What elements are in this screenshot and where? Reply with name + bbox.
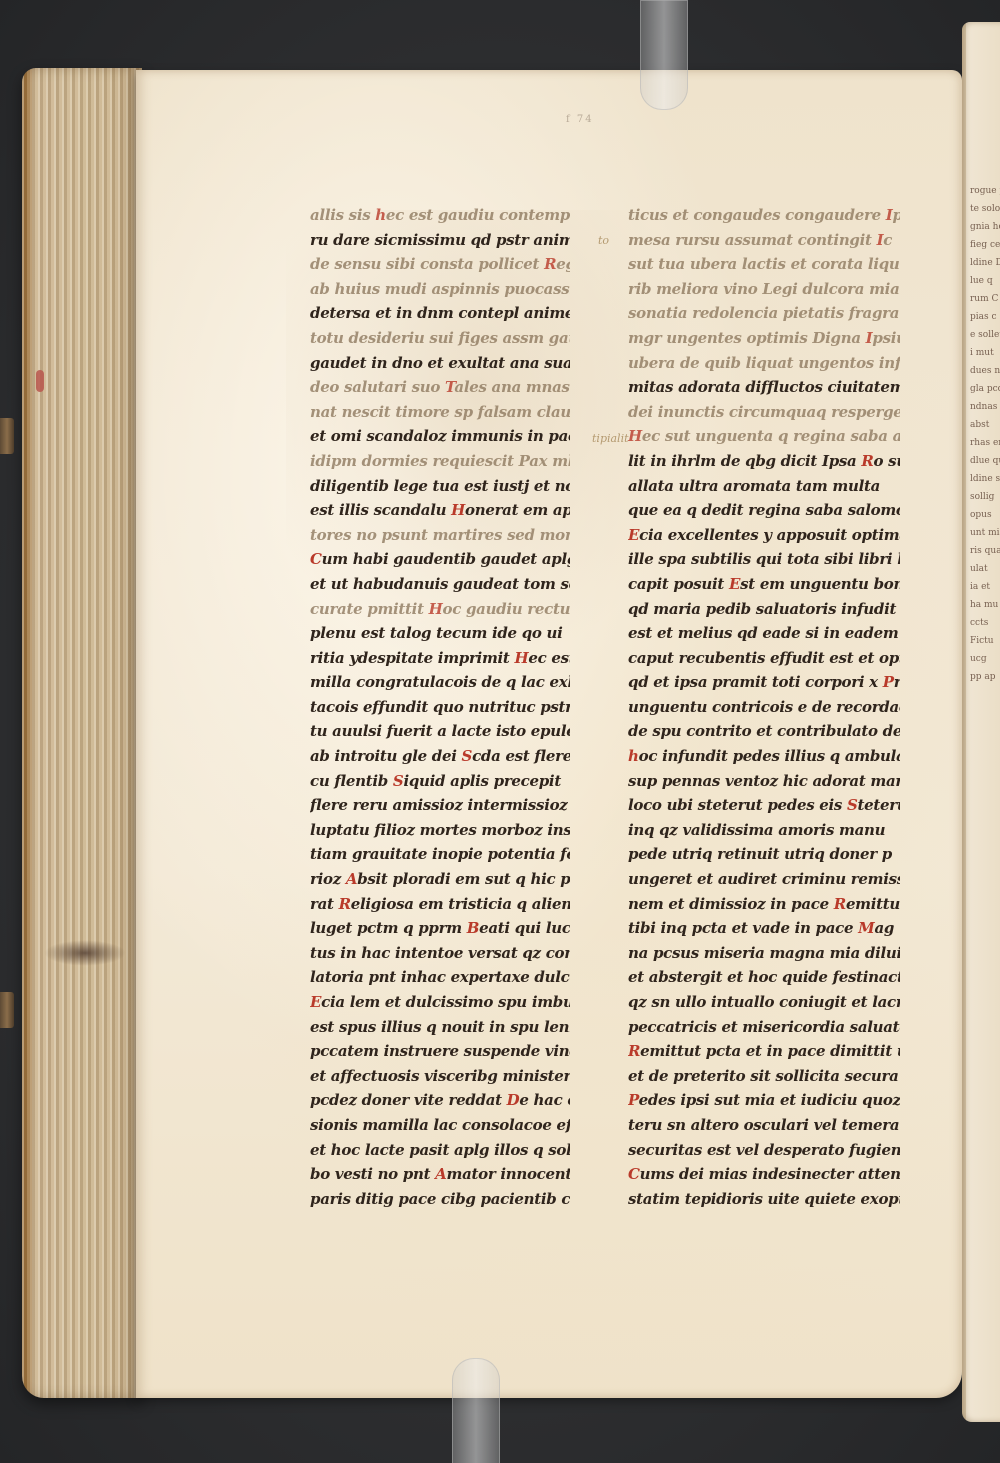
manuscript-line: rioz Absit ploradi em sut q hic plo: [310, 867, 570, 892]
manuscript-line: que ea q dedit regina saba salomoni: [628, 498, 900, 523]
facing-page-line: abst: [970, 416, 1000, 434]
manuscript-line: teru sn altero osculari vel temeraria: [628, 1113, 900, 1138]
manuscript-line: flere reru amissioz intermissioz vo: [310, 793, 570, 818]
facing-page-line: rhas er: [970, 434, 1000, 452]
manuscript-line: ubera de quib liquat ungentos infir: [628, 351, 900, 376]
rubricated-initial: A: [435, 1165, 446, 1183]
manuscript-line: Hec sut unguenta q regina saba attu: [628, 424, 900, 449]
manuscript-line: qz sn ullo intuallo coniugit et lacrime: [628, 990, 900, 1015]
manuscript-line: tus in hac intentoe versat qz conso: [310, 941, 570, 966]
rubricated-initial: H: [514, 649, 528, 667]
manuscript-line: caput recubentis effudit est et optimu: [628, 646, 900, 671]
rubricated-initial: C: [310, 550, 322, 568]
facing-page-line: gla pcc: [970, 380, 1000, 398]
manuscript-line: Cums dei mias indesinecter attendes no: [628, 1162, 900, 1187]
rubricated-initial: M: [858, 919, 874, 937]
manuscript-line: bo vesti no pnt Amator innocentie: [310, 1162, 570, 1187]
rubricated-initial: B: [467, 919, 479, 937]
manuscript-line: inq qz validissima amoris manu: [628, 818, 900, 843]
manuscript-line: allis sis hec est gaudiu contempla to: [310, 203, 570, 228]
rubricated-initial: D: [507, 1091, 520, 1109]
manuscript-line: nem et dimissioz in pace Remittut: [628, 892, 900, 917]
clasp-lower: [0, 992, 14, 1028]
facing-page-line: ulat: [970, 560, 1000, 578]
manuscript-line: idipm dormies requiescit Pax mlt: [310, 449, 570, 474]
facing-page-line: rum C: [970, 290, 1000, 308]
rubricated-initial: T: [445, 378, 454, 396]
manuscript-line: sup pennas ventoz hic adorat maria i: [628, 769, 900, 794]
rubricated-initial: P: [628, 1091, 639, 1109]
manuscript-line: tibi inq pcta et vade in pace Mag: [628, 916, 900, 941]
manuscript-line: lit in ihrlm de qbg dicit Ipsa Ro sut: [628, 449, 900, 474]
manuscript-line: milla congratulacois de q lac exhor: [310, 670, 570, 695]
margin-note-to: to: [598, 234, 609, 247]
manuscript-line: unguentu contricois e de recordacoe pcto…: [628, 695, 900, 720]
rubricated-initial: S: [393, 772, 404, 790]
facing-page-line: ris qua: [970, 542, 1000, 560]
rubricated-initial: A: [346, 870, 357, 888]
rubricated-initial: E: [310, 993, 321, 1011]
rubricated-initial: S: [462, 747, 473, 765]
rubricated-initial: I: [877, 231, 884, 249]
manuscript-line: deo salutari suo Tales ana mnas ag: [310, 375, 570, 400]
manuscript-line: pede utriq retinuit utriq doner p: [628, 842, 900, 867]
manuscript-line: nat nescit timore sp falsam claud: [310, 400, 570, 425]
facing-page-line: i mut: [970, 344, 1000, 362]
manuscript-line: est spus illius q nouit in spu lenitate: [310, 1015, 570, 1040]
manuscript-line: tiam grauitate inopie potentia foi: [310, 842, 570, 867]
rubricated-initial: H: [429, 600, 443, 618]
rubricated-initial: R: [339, 895, 351, 913]
manuscript-line: mitas adorata diffluctos ciuitatem: [628, 375, 900, 400]
facing-page-line: ndnas er: [970, 398, 1000, 416]
facing-page-line: opus: [970, 506, 1000, 524]
manuscript-line: et de preterito sit sollicita secura de …: [628, 1064, 900, 1089]
facing-page-line: sollig: [970, 488, 1000, 506]
manuscript-line: tores no psunt martires sed monan: [310, 523, 570, 548]
rubricated-initial: H: [628, 427, 642, 445]
manuscript-line: de sensu sibi consta pollicet Regn: [310, 252, 570, 277]
facing-page-line: ldine sp: [970, 470, 1000, 488]
facing-page-line: ccts: [970, 614, 1000, 632]
rubricated-initial: R: [861, 452, 873, 470]
manuscript-line: sionis mamilla lac consolacoe effudit: [310, 1113, 570, 1138]
facing-page-line: dues nos: [970, 362, 1000, 380]
ink-smudge: [44, 940, 126, 966]
manuscript-line: et ut habudanuis gaudeat tom se: [310, 572, 570, 597]
manuscript-line: Pedes ipsi sut mia et iudiciu quoz al: [628, 1088, 900, 1113]
manuscript-line: peccatricis et misericordia saluatoris: [628, 1015, 900, 1040]
rubricated-initial: S: [847, 796, 858, 814]
facing-page-line: rogue pun: [970, 182, 1000, 200]
facing-page-line: unt mia: [970, 524, 1000, 542]
manuscript-line: tacois effundit quo nutrituc pstri ut: [310, 695, 570, 720]
manuscript-line: qd et ipsa pramit toti corpori x Prim: [628, 670, 900, 695]
manuscript-line: pcdez doner vite reddat De hac compas: [310, 1088, 570, 1113]
manuscript-line: ab huius mudi aspinnis puocassioz: [310, 277, 570, 302]
text-column-left: allis sis hec est gaudiu contempla toru …: [310, 203, 570, 1211]
manuscript-line: capit posuit Est em unguentu bonu: [628, 572, 900, 597]
manuscript-line: et abstergit et hoc quide festinacte: [628, 965, 900, 990]
manuscript-line: et hoc lacte pasit aplg illos q solido n: [310, 1138, 570, 1163]
rubricated-initial: R: [834, 895, 846, 913]
facing-page-edge: rogue punte solo sugnia honfieg ce bldin…: [962, 22, 1000, 1422]
manuscript-line: qd maria pedib saluatoris infudit: [628, 597, 900, 622]
rubricated-initial: h: [375, 206, 386, 224]
manuscript-line: allata ultra aromata tam multa: [628, 474, 900, 499]
manuscript-line: rib meliora vino Legi dulcora mia: [628, 277, 900, 302]
manuscript-line: pccatem instruere suspende vindicta: [310, 1039, 570, 1064]
manuscript-line: est et melius qd eade si in eadem sup: [628, 621, 900, 646]
manuscript-line: Cum habi gaudentib gaudet aplg: [310, 547, 570, 572]
page-clip-bottom: [452, 1358, 500, 1463]
manuscript-line: de spu contrito et contribulato descende…: [628, 719, 900, 744]
manuscript-line: ab introitu gle dei Scda est flere: [310, 744, 570, 769]
red-tab-marker: [36, 370, 44, 392]
rubricated-initial: P: [883, 673, 894, 691]
manuscript-line: sut tua ubera lactis et corata liquo: [628, 252, 900, 277]
facing-page-line: ia et: [970, 578, 1000, 596]
manuscript-line: gaudet in dno et exultat ana sua m: [310, 351, 570, 376]
manuscript-line: ticus et congaudes congaudere Ipsi tr: [628, 203, 900, 228]
manuscript-line: curate pmittit Hoc gaudiu rectu et: [310, 597, 570, 622]
rubricated-initial: R: [544, 255, 556, 273]
facing-page-line: dlue qu: [970, 452, 1000, 470]
manuscript-line: ungeret et audiret criminu remissio: [628, 867, 900, 892]
margin-note-tipialit: tipialit: [592, 432, 629, 445]
facing-page-line: pp ap: [970, 668, 1000, 686]
manuscript-line: mgr ungentes optimis Digna Ipsius: [628, 326, 900, 351]
manuscript-line: luget pctm q pprm Beati qui luc: [310, 916, 570, 941]
facing-page-line: ha mu: [970, 596, 1000, 614]
manuscript-line: ru dare sicmissimu qd pstr anima: [310, 228, 570, 253]
clasp-upper: [0, 418, 14, 454]
manuscript-line: et omi scandaloz immunis in pace: [310, 424, 570, 449]
manuscript-line: na pcsus miseria magna mia diluit: [628, 941, 900, 966]
manuscript-line: Ecia excellentes y apposuit optima: [628, 523, 900, 548]
facing-page-line: ucg: [970, 650, 1000, 668]
manuscript-line: loco ubi steterut pedes eis Steterunt: [628, 793, 900, 818]
facing-page-line: lue q: [970, 272, 1000, 290]
manuscript-line: Remittut pcta et in pace dimittit ut: [628, 1039, 900, 1064]
manuscript-line: detersa et in dnm contepl anime: [310, 301, 570, 326]
manuscript-line: statim tepidioris uite quiete exoptat: [628, 1187, 900, 1212]
manuscript-line: plenu est talog tecum ide qo ui: [310, 621, 570, 646]
rubricated-initial: h: [628, 747, 639, 765]
manuscript-line: totu desideriu sui figes assm gaud: [310, 326, 570, 351]
rubricated-initial: I: [886, 206, 893, 224]
rubricated-initial: H: [451, 501, 465, 519]
manuscript-line: rat Religiosa em tristicia q alienu: [310, 892, 570, 917]
manuscript-line: securitas est vel desperato fugienda: [628, 1138, 900, 1163]
facing-page-line: ldine De: [970, 254, 1000, 272]
manuscript-line: cu flentib Siquid aplis precepit: [310, 769, 570, 794]
facing-page-line: pias c: [970, 308, 1000, 326]
rubricated-initial: C: [628, 1165, 640, 1183]
manuscript-line: luptatu filioz mortes morboz insta: [310, 818, 570, 843]
manuscript-line: ille spa subtilis qui tota sibi libri ho: [628, 547, 900, 572]
folio-number: f 74: [566, 114, 594, 125]
manuscript-line: paris ditig pace cibg pacientib copa: [310, 1187, 570, 1212]
book-fore-edge: [22, 68, 142, 1398]
manuscript-line: hoc infundit pedes illius q ambulat: [628, 744, 900, 769]
manuscript-line: latoria pnt inhac expertaxe dulcedine: [310, 965, 570, 990]
manuscript-line: est illis scandalu Honerat em ap: [310, 498, 570, 523]
manuscript-line: tu auulsi fuerit a lacte isto epulent: [310, 719, 570, 744]
facing-page-line: te solo su: [970, 200, 1000, 218]
page-clip-top: [640, 0, 688, 110]
manuscript-line: Ecia lem et dulcissimo spu imbuta: [310, 990, 570, 1015]
rubricated-initial: R: [628, 1042, 640, 1060]
manuscript-line: ritia ydespitate imprimit Hec est ma: [310, 646, 570, 671]
rubricated-initial: E: [628, 526, 639, 544]
facing-page-line: fieg ce b: [970, 236, 1000, 254]
manuscript-line: sonatia redolencia pietatis fragrana: [628, 301, 900, 326]
manuscript-line: mesa rursu assumat contingit Ic: [628, 228, 900, 253]
facing-page-line: e sollet: [970, 326, 1000, 344]
facing-page-line: Fictu: [970, 632, 1000, 650]
text-column-right: ticus et congaudes congaudere Ipsi trmes…: [628, 203, 900, 1211]
manuscript-line: dei inunctis circumquaq respergens: [628, 400, 900, 425]
facing-page-line: gnia hon: [970, 218, 1000, 236]
manuscript-line: diligentib lege tua est iustj et no: [310, 474, 570, 499]
rubricated-initial: E: [729, 575, 740, 593]
facing-page-text: rogue punte solo sugnia honfieg ce bldin…: [962, 182, 1000, 686]
rubricated-initial: I: [866, 329, 873, 347]
manuscript-line: et affectuosis visceribg ministerare pa: [310, 1064, 570, 1089]
